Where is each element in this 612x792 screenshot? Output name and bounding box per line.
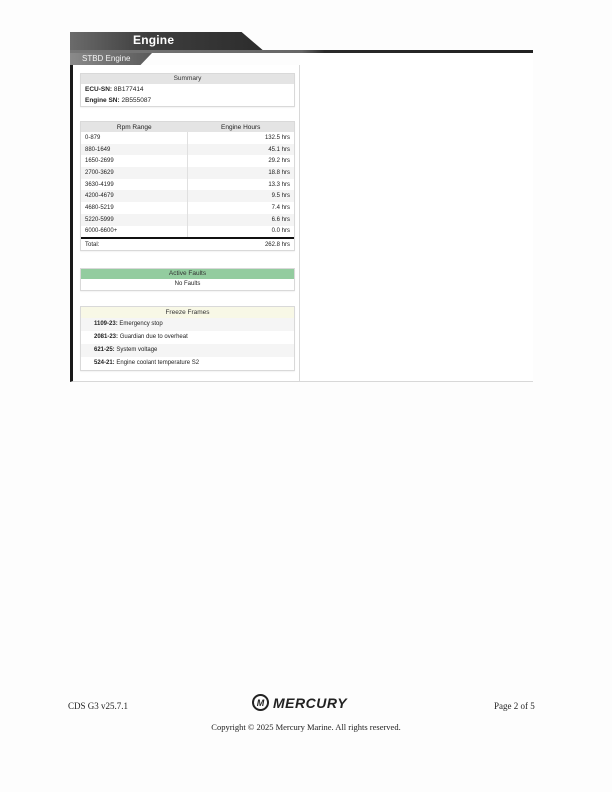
rpm-range-cell: 4680-5219 xyxy=(81,202,188,214)
engine-hours-cell: 7.4 hrs xyxy=(188,202,295,214)
empty-panel xyxy=(300,53,533,382)
freeze-frames-heading: Freeze Frames xyxy=(81,307,294,318)
list-item: 524-21: Engine coolant temperature S2 xyxy=(81,357,294,370)
table-row: 0-879132.5 hrs xyxy=(81,132,294,144)
engine-hours-cell: 18.8 hrs xyxy=(188,167,295,179)
engine-sn-row: Engine SN: 2B555087 xyxy=(81,95,294,106)
mercury-logo: M MERCURY xyxy=(252,694,347,711)
fault-description: Engine coolant temperature S2 xyxy=(115,360,199,366)
fault-code: 1109-23: xyxy=(94,321,118,327)
table-row: 1650-269929.2 hrs xyxy=(81,155,294,167)
rpm-range-cell: 4200-4679 xyxy=(81,190,188,202)
fault-code: 524-21: xyxy=(94,360,115,366)
engine-hours-cell: 0.0 hrs xyxy=(188,226,295,239)
list-item: 1109-23: Emergency stop xyxy=(81,318,294,331)
rpm-hours-table: Rpm Range Engine Hours 0-879132.5 hrs880… xyxy=(81,122,294,250)
freeze-frames-list: 1109-23: Emergency stop2081-23: Guardian… xyxy=(81,318,294,370)
summary-heading: Summary xyxy=(81,74,294,84)
column-header-engine-hours: Engine Hours xyxy=(188,122,295,132)
engine-hours-cell: 45.1 hrs xyxy=(188,144,295,156)
engine-hours-cell: 13.3 hrs xyxy=(188,179,295,191)
rpm-range-cell: 5220-5999 xyxy=(81,214,188,226)
rpm-range-cell: 0-879 xyxy=(81,132,188,144)
rpm-hours-card: Rpm Range Engine Hours 0-879132.5 hrs880… xyxy=(80,121,295,251)
fault-description: Emergency stop xyxy=(118,321,163,327)
page-number: Page 2 of 5 xyxy=(494,701,535,711)
total-value: 262.8 hrs xyxy=(188,238,295,250)
engine-sn-value: 2B555087 xyxy=(121,97,151,104)
fault-description: System voltage xyxy=(115,347,158,353)
section-title: STBD Engine xyxy=(82,54,130,63)
table-row: 5220-59996.6 hrs xyxy=(81,214,294,226)
freeze-frames-card: Freeze Frames 1109-23: Emergency stop208… xyxy=(80,306,295,371)
table-row: 3630-419913.3 hrs xyxy=(81,179,294,191)
column-header-rpm-range: Rpm Range xyxy=(81,122,188,132)
engine-hours-cell: 132.5 hrs xyxy=(188,132,295,144)
list-item: 2081-23: Guardian due to overheat xyxy=(81,331,294,344)
engine-hours-cell: 9.5 hrs xyxy=(188,190,295,202)
total-label: Total: xyxy=(81,238,188,250)
rpm-range-cell: 880-1649 xyxy=(81,144,188,156)
rpm-range-cell: 1650-2699 xyxy=(81,155,188,167)
active-faults-body: No Faults xyxy=(81,279,294,290)
mercury-wordmark: MERCURY xyxy=(273,695,347,711)
active-faults-card: Active Faults No Faults xyxy=(80,268,295,291)
rpm-range-cell: 6000-6600+ xyxy=(81,226,188,239)
engine-hours-cell: 29.2 hrs xyxy=(188,155,295,167)
page-title: Engine xyxy=(133,33,174,47)
total-row: Total:262.8 hrs xyxy=(81,238,294,250)
engine-hours-cell: 6.6 hrs xyxy=(188,214,295,226)
summary-card: Summary ECU-SN: 8B177414 Engine SN: 2B55… xyxy=(80,73,295,107)
table-row: 6000-6600+0.0 hrs xyxy=(81,226,294,239)
engine-sn-label: Engine SN: xyxy=(85,97,120,104)
mercury-m-icon: M xyxy=(252,694,269,711)
ecu-sn-value: 8B177414 xyxy=(114,86,144,93)
rpm-range-cell: 3630-4199 xyxy=(81,179,188,191)
software-version: CDS G3 v25.7.1 xyxy=(68,701,128,711)
rpm-range-cell: 2700-3629 xyxy=(81,167,188,179)
ecu-sn-row: ECU-SN: 8B177414 xyxy=(81,84,294,95)
table-row: 4200-46799.5 hrs xyxy=(81,190,294,202)
fault-code: 2081-23: xyxy=(94,334,118,340)
active-faults-heading: Active Faults xyxy=(81,269,294,279)
copyright: Copyright © 2025 Mercury Marine. All rig… xyxy=(0,722,612,732)
list-item: 621-25: System voltage xyxy=(81,344,294,357)
table-row: 4680-52197.4 hrs xyxy=(81,202,294,214)
table-row: 2700-362918.8 hrs xyxy=(81,167,294,179)
fault-description: Guardian due to overheat xyxy=(118,334,188,340)
fault-code: 621-25: xyxy=(94,347,115,353)
ecu-sn-label: ECU-SN: xyxy=(85,86,112,93)
table-row: 880-164945.1 hrs xyxy=(81,144,294,156)
